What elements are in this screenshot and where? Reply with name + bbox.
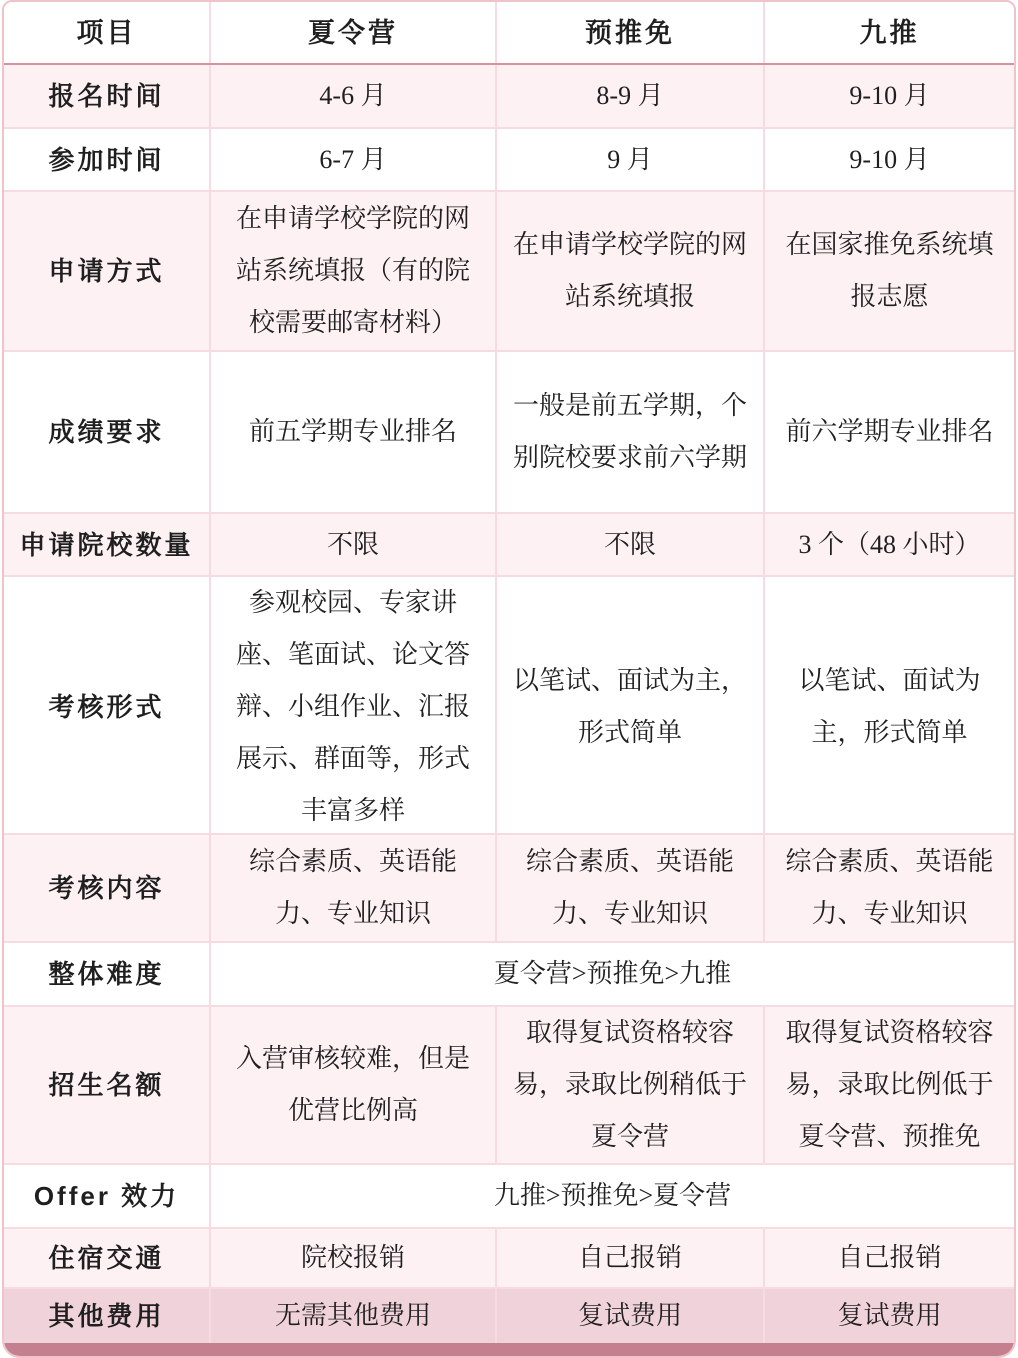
table-row: 住宿交通院校报销自己报销自己报销 [4,1227,1014,1287]
table-cell: 取得复试资格较容易，录取比例稍低于夏令营 [495,1007,763,1163]
table-row: Offer 效力九推>预推免>夏令营 [4,1163,1014,1227]
table-cell: 院校报销 [209,1229,495,1287]
row-label: Offer 效力 [4,1165,209,1227]
table-cell: 6-7 月 [209,129,495,190]
row-label: 整体难度 [4,943,209,1005]
table-row: 考核形式参观校园、专家讲座、笔面试、论文答辩、小组作业、汇报展示、群面等，形式丰… [4,575,1014,833]
table-row: 成绩要求前五学期专业排名一般是前五学期，个别院校要求前六学期前六学期专业排名 [4,350,1014,512]
header-row: 项目夏令营预推免九推 [4,2,1014,63]
table-cell: 3 个（48 小时） [763,514,1014,575]
table-cell: 前六学期专业排名 [763,352,1014,512]
table-cell: 在申请学校学院的网站系统填报（有的院校需要邮寄材料） [209,192,495,350]
table-cell: 9 月 [495,129,763,190]
table-row: 申请院校数量不限不限3 个（48 小时） [4,512,1014,575]
table-row: 参加时间6-7 月9 月9-10 月 [4,127,1014,190]
table-cell: 综合素质、英语能力、专业知识 [763,835,1014,941]
table-cell: 参观校园、专家讲座、笔面试、论文答辩、小组作业、汇报展示、群面等，形式丰富多样 [209,577,495,837]
table-row: 其他费用无需其他费用复试费用复试费用 [4,1287,1014,1343]
column-header: 预推免 [495,2,763,63]
table-cell: 不限 [209,514,495,575]
table-row: 考核内容综合素质、英语能力、专业知识综合素质、英语能力、专业知识综合素质、英语能… [4,833,1014,941]
table-cell: 在国家推免系统填报志愿 [763,192,1014,350]
table-cell: 无需其他费用 [209,1289,495,1343]
column-header: 夏令营 [209,2,495,63]
row-label: 报名时间 [4,65,209,127]
table-cell: 自己报销 [495,1229,763,1287]
table-cell: 以笔试、面试为主，形式简单 [763,577,1014,837]
table-cell: 9-10 月 [763,129,1014,190]
row-label: 住宿交通 [4,1229,209,1287]
table-row: 整体难度夏令营>预推免>九推 [4,941,1014,1005]
column-header: 项目 [4,2,209,63]
table-cell: 综合素质、英语能力、专业知识 [209,835,495,941]
comparison-table: 项目夏令营预推免九推报名时间4-6 月8-9 月9-10 月参加时间6-7 月9… [2,0,1016,1358]
table-cell-span: 夏令营>预推免>九推 [209,943,1014,1005]
table-cell: 9-10 月 [763,65,1014,127]
table-cell: 在申请学校学院的网站系统填报 [495,192,763,350]
row-label: 考核内容 [4,835,209,941]
table-cell: 自己报销 [763,1229,1014,1287]
table-cell: 取得复试资格较容易，录取比例低于夏令营、预推免 [763,1007,1014,1163]
table-cell: 复试费用 [763,1289,1014,1343]
row-label: 考核形式 [4,577,209,837]
table-cell: 4-6 月 [209,65,495,127]
table-cell: 入营审核较难，但是优营比例高 [209,1007,495,1163]
table-bottom-strip [4,1343,1014,1356]
table-cell-span: 九推>预推免>夏令营 [209,1165,1014,1227]
table-cell: 不限 [495,514,763,575]
row-label: 申请方式 [4,192,209,350]
table-cell: 8-9 月 [495,65,763,127]
table-cell: 复试费用 [495,1289,763,1343]
table-rows: 项目夏令营预推免九推报名时间4-6 月8-9 月9-10 月参加时间6-7 月9… [4,2,1014,1343]
table-cell: 前五学期专业排名 [209,352,495,512]
row-label: 其他费用 [4,1289,209,1343]
table-cell: 综合素质、英语能力、专业知识 [495,835,763,941]
table-row: 报名时间4-6 月8-9 月9-10 月 [4,63,1014,127]
table-row: 申请方式在申请学校学院的网站系统填报（有的院校需要邮寄材料）在申请学校学院的网站… [4,190,1014,350]
table-row: 招生名额入营审核较难，但是优营比例高取得复试资格较容易，录取比例稍低于夏令营取得… [4,1005,1014,1163]
column-header: 九推 [763,2,1014,63]
row-label: 参加时间 [4,129,209,190]
table-cell: 以笔试、面试为主，形式简单 [495,577,763,837]
row-label: 申请院校数量 [4,514,209,575]
row-label: 成绩要求 [4,352,209,512]
row-label: 招生名额 [4,1007,209,1163]
table-cell: 一般是前五学期，个别院校要求前六学期 [495,352,763,512]
